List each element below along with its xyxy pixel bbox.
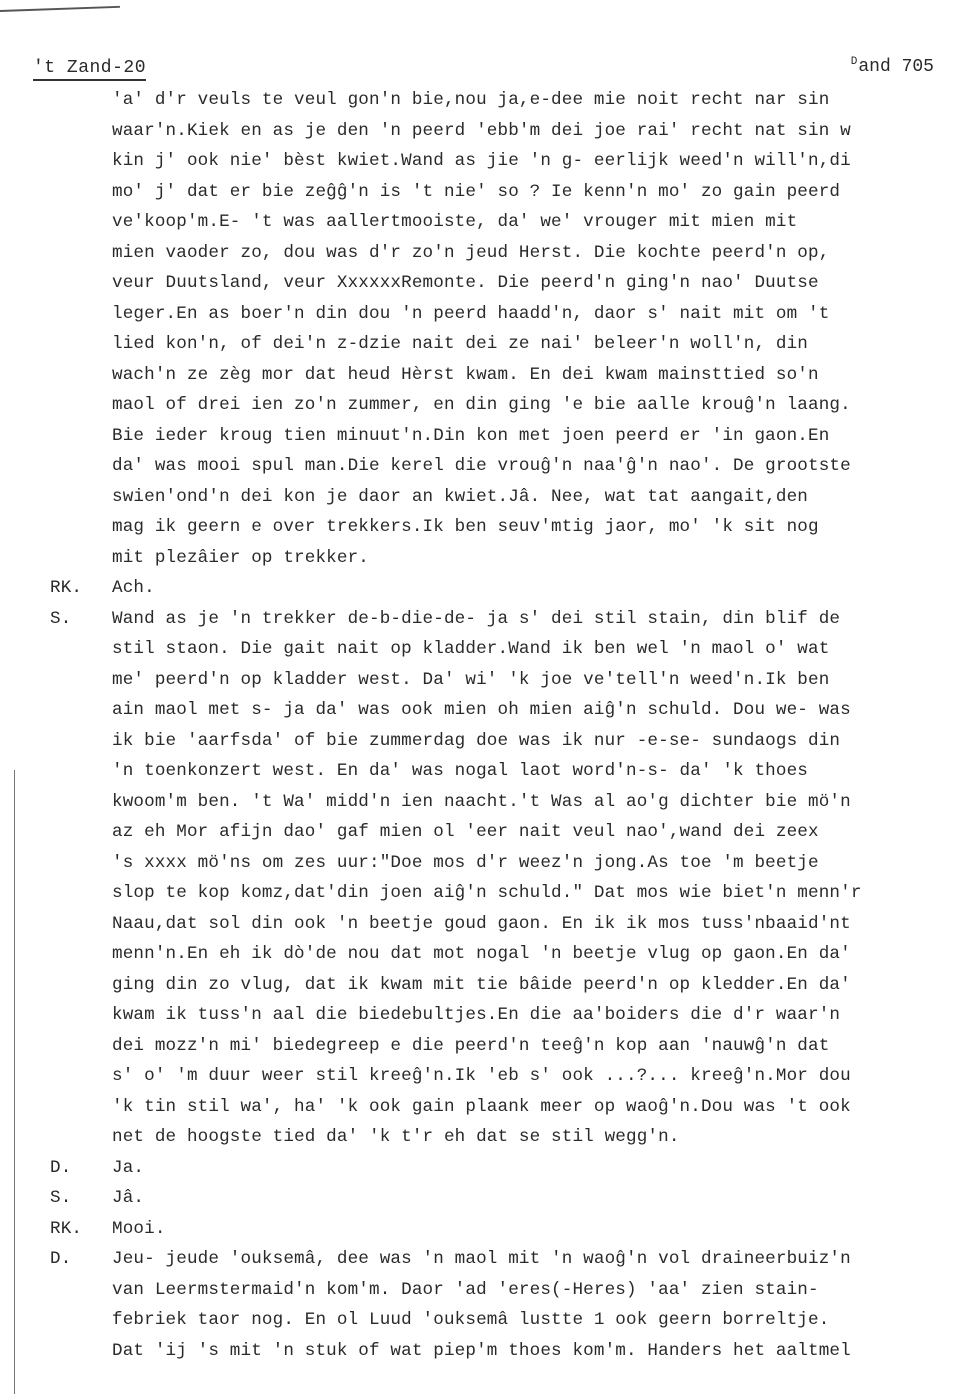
- transcript-body: 'a' d'r veuls te veul gon'n bie,nou ja,e…: [0, 85, 966, 1366]
- line-text: net de hoogste tied da' 'k t'r eh dat se…: [112, 1122, 680, 1153]
- page-prefix: D: [851, 56, 858, 68]
- line-text: Naau,dat sol din ook 'n beetje goud gaon…: [112, 909, 851, 940]
- transcript-line: az eh Mor afijn dao' gaf mien ol 'eer na…: [0, 817, 966, 848]
- speaker-label: S.: [50, 1183, 71, 1214]
- transcript-line: van Leermstermaid'n kom'm. Daor 'ad 'ere…: [0, 1275, 966, 1306]
- transcript-line: ve'koop'm.E- 't was aallertmooiste, da' …: [0, 207, 966, 238]
- transcript-line: 's xxxx mö'ns om zes uur:"Doe mos d'r we…: [0, 848, 966, 879]
- line-text: 'a' d'r veuls te veul gon'n bie,nou ja,e…: [112, 85, 829, 116]
- speaker-label: D.: [50, 1153, 71, 1184]
- transcript-line: S.Wand as je 'n trekker de-b-die-de- ja …: [0, 604, 966, 635]
- transcript-line: waar'n.Kiek en as je den 'n peerd 'ebb'm…: [0, 116, 966, 147]
- transcript-line: veur Duutsland, veur XxxxxxRemonte. Die …: [0, 268, 966, 299]
- line-text: s' o' 'm duur weer stil kreeĝ'n.Ik 'eb s…: [112, 1061, 851, 1092]
- transcript-line: leger.En as boer'n din dou 'n peerd haad…: [0, 299, 966, 330]
- transcript-line: Dat 'ij 's mit 'n stuk of wat piep'm tho…: [0, 1336, 966, 1367]
- speaker-label: RK.: [50, 573, 82, 604]
- line-text: veur Duutsland, veur XxxxxxRemonte. Die …: [112, 268, 819, 299]
- line-text: Mooi.: [112, 1214, 166, 1245]
- transcript-line: kwoom'm ben. 't Wa' midd'n ien naacht.'t…: [0, 787, 966, 818]
- line-text: 'k tin stil wa', ha' 'k ook gain plaank …: [112, 1092, 851, 1123]
- transcript-line: net de hoogste tied da' 'k t'r eh dat se…: [0, 1122, 966, 1153]
- transcript-line: mag ik geern e over trekkers.Ik ben seuv…: [0, 512, 966, 543]
- line-text: ging din zo vlug, dat ik kwam mit tie bâ…: [112, 970, 851, 1001]
- line-text: Ja.: [112, 1153, 144, 1184]
- transcript-line: slop te kop komz,dat'din joen aiĝ'n schu…: [0, 878, 966, 909]
- transcript-line: 'n toenkonzert west. En da' was nogal la…: [0, 756, 966, 787]
- transcript-line: mo' j' dat er bie zeĝĝ'n is 't nie' so ?…: [0, 177, 966, 208]
- line-text: az eh Mor afijn dao' gaf mien ol 'eer na…: [112, 817, 819, 848]
- line-text: kwam ik tuss'n aal die biedebultjes.En d…: [112, 1000, 840, 1031]
- transcript-line: menn'n.En eh ik dò'de nou dat mot nogal …: [0, 939, 966, 970]
- transcript-line: kwam ik tuss'n aal die biedebultjes.En d…: [0, 1000, 966, 1031]
- line-text: mag ik geern e over trekkers.Ik ben seuv…: [112, 512, 819, 543]
- line-text: maol of drei ien zo'n zummer, en din gin…: [112, 390, 851, 421]
- line-text: Wand as je 'n trekker de-b-die-de- ja s'…: [112, 604, 840, 635]
- line-text: Ach.: [112, 573, 155, 604]
- line-text: menn'n.En eh ik dò'de nou dat mot nogal …: [112, 939, 851, 970]
- transcript-line: febriek taor nog. En ol Luud 'ouksemâ lu…: [0, 1305, 966, 1336]
- line-text: leger.En as boer'n din dou 'n peerd haad…: [112, 299, 829, 330]
- transcript-line: 'a' d'r veuls te veul gon'n bie,nou ja,e…: [0, 85, 966, 116]
- transcript-line: S.Jâ.: [0, 1183, 966, 1214]
- speaker-label: RK.: [50, 1214, 82, 1245]
- speaker-label: D.: [50, 1244, 71, 1275]
- line-text: mit plezâier op trekker.: [112, 543, 369, 574]
- line-text: dei mozz'n mi' biedegreep e die peerd'n …: [112, 1031, 829, 1062]
- transcript-line: da' was mooi spul man.Die kerel die vrou…: [0, 451, 966, 482]
- transcript-line: lied kon'n, of dei'n z-dzie nait dei ze …: [0, 329, 966, 360]
- transcript-line: wach'n ze zèg mor dat heud Hèrst kwam. E…: [0, 360, 966, 391]
- transcript-line: ain maol met s- ja da' was ook mien oh m…: [0, 695, 966, 726]
- transcript-line: me' peerd'n op kladder west. Da' wi' 'k …: [0, 665, 966, 696]
- line-text: 'n toenkonzert west. En da' was nogal la…: [112, 756, 808, 787]
- line-text: swien'ond'n dei kon je daor an kwiet.Jâ.…: [112, 482, 808, 513]
- page-label: and 705: [858, 57, 934, 77]
- line-text: 's xxxx mö'ns om zes uur:"Doe mos d'r we…: [112, 848, 819, 879]
- line-text: da' was mooi spul man.Die kerel die vrou…: [112, 451, 851, 482]
- page-number: Dand 705: [851, 56, 934, 77]
- line-text: wach'n ze zèg mor dat heud Hèrst kwam. E…: [112, 360, 819, 391]
- line-text: ik bie 'aarfsda' of bie zummerdag doe wa…: [112, 726, 840, 757]
- transcript-line: D.Ja.: [0, 1153, 966, 1184]
- speaker-label: S.: [50, 604, 71, 635]
- transcript-line: RK.Ach.: [0, 573, 966, 604]
- line-text: van Leermstermaid'n kom'm. Daor 'ad 'ere…: [112, 1275, 819, 1306]
- line-text: ve'koop'm.E- 't was aallertmooiste, da' …: [112, 207, 797, 238]
- line-text: mo' j' dat er bie zeĝĝ'n is 't nie' so ?…: [112, 177, 840, 208]
- line-text: mien vaoder zo, dou was d'r zo'n jeud He…: [112, 238, 829, 269]
- transcript-line: dei mozz'n mi' biedegreep e die peerd'n …: [0, 1031, 966, 1062]
- line-text: ain maol met s- ja da' was ook mien oh m…: [112, 695, 851, 726]
- line-text: lied kon'n, of dei'n z-dzie nait dei ze …: [112, 329, 808, 360]
- transcript-line: Bie ieder kroug tien minuut'n.Din kon me…: [0, 421, 966, 452]
- line-text: stil staon. Die gait nait op kladder.Wan…: [112, 634, 829, 665]
- transcript-line: maol of drei ien zo'n zummer, en din gin…: [0, 390, 966, 421]
- line-text: waar'n.Kiek en as je den 'n peerd 'ebb'm…: [112, 116, 851, 147]
- line-text: kin j' ook nie' bèst kwiet.Wand as jie '…: [112, 146, 851, 177]
- transcript-line: s' o' 'm duur weer stil kreeĝ'n.Ik 'eb s…: [0, 1061, 966, 1092]
- transcript-line: D.Jeu- jeude 'ouksemâ, dee was 'n maol m…: [0, 1244, 966, 1275]
- transcript-line: mien vaoder zo, dou was d'r zo'n jeud He…: [0, 238, 966, 269]
- line-text: Jeu- jeude 'ouksemâ, dee was 'n maol mit…: [112, 1244, 851, 1275]
- transcript-line: swien'ond'n dei kon je daor an kwiet.Jâ.…: [0, 482, 966, 513]
- line-text: Dat 'ij 's mit 'n stuk of wat piep'm tho…: [112, 1336, 851, 1367]
- transcript-line: ging din zo vlug, dat ik kwam mit tie bâ…: [0, 970, 966, 1001]
- transcript-line: mit plezâier op trekker.: [0, 543, 966, 574]
- line-text: me' peerd'n op kladder west. Da' wi' 'k …: [112, 665, 829, 696]
- document-title: 't Zand-20: [33, 58, 146, 81]
- transcript-line: ik bie 'aarfsda' of bie zummerdag doe wa…: [0, 726, 966, 757]
- transcript-line: stil staon. Die gait nait op kladder.Wan…: [0, 634, 966, 665]
- transcript-line: 'k tin stil wa', ha' 'k ook gain plaank …: [0, 1092, 966, 1123]
- scan-edge: [0, 6, 120, 12]
- line-text: febriek taor nog. En ol Luud 'ouksemâ lu…: [112, 1305, 829, 1336]
- transcript-line: RK.Mooi.: [0, 1214, 966, 1245]
- transcript-line: kin j' ook nie' bèst kwiet.Wand as jie '…: [0, 146, 966, 177]
- line-text: slop te kop komz,dat'din joen aiĝ'n schu…: [112, 878, 862, 909]
- line-text: Jâ.: [112, 1183, 144, 1214]
- page-header: 't Zand-20 Dand 705: [0, 58, 966, 84]
- transcript-line: Naau,dat sol din ook 'n beetje goud gaon…: [0, 909, 966, 940]
- line-text: Bie ieder kroug tien minuut'n.Din kon me…: [112, 421, 829, 452]
- line-text: kwoom'm ben. 't Wa' midd'n ien naacht.'t…: [112, 787, 851, 818]
